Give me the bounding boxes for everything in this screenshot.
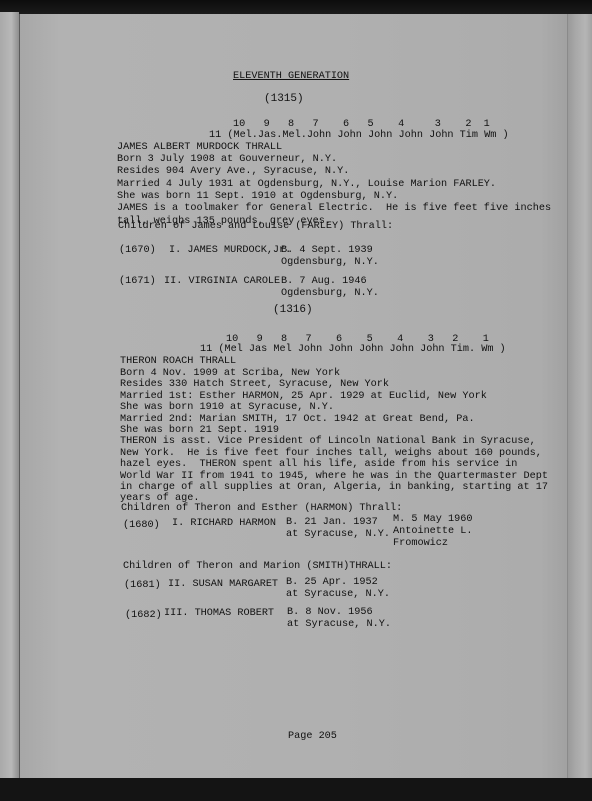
lineage-line: 11 (Mel.Jas.Mel.John John John John John… [209,130,509,142]
child-birth-date: B. 7 Aug. 1946 [281,276,367,288]
child-birth-date: B. 4 Sept. 1939 [281,245,373,257]
detail-line: JAMES is a toolmaker for General Electri… [117,203,551,215]
detail-line: World War II from 1941 to 1945, where he… [120,471,548,483]
person-name: THERON ROACH THRALL [120,356,236,368]
child-spouse-first: Antoinette L. [393,526,472,538]
detail-line: Born 3 July 1908 at Gouverneur, N.Y. [117,154,337,166]
children-heading: Children of James and Louise (FARLEY) Th… [118,221,393,233]
child-spouse-last: Fromowicz [393,538,448,550]
child-id: (1670) [119,245,156,257]
child-birth-place: at Syracuse, N.Y. [287,619,391,631]
child-id: (1671) [119,276,156,288]
child-id: (1681) [124,580,161,592]
child-id: (1682) [125,610,162,622]
child-marriage-date: M. 5 May 1960 [393,514,472,526]
detail-line: Married 4 July 1931 at Ogdensburg, N.Y.,… [117,179,496,191]
person-name: JAMES ALBERT MURDOCK THRALL [117,142,282,154]
children-heading: Children of Theron and Marion (SMITH)THR… [123,561,392,573]
detail-line: She was born 11 Sept. 1910 at Ogdensburg… [117,191,398,203]
detail-line: hazel eyes. THERON spent all his life, a… [120,459,517,471]
detail-line: THERON is asst. Vice President of Lincol… [120,436,536,448]
child-birth-place: Ogdensburg, N.Y. [281,257,379,269]
entry-ref-number: (1316) [273,304,313,316]
child-birth-place: at Syracuse, N.Y. [286,529,390,541]
child-name: II. VIRGINIA CAROLE [164,276,280,288]
page-content: ELEVENTH GENERATION (1315) 10 9 8 7 6 5 … [0,0,592,801]
page-number: Page 205 [288,731,337,743]
detail-line: She was born 1910 at Syracuse, N.Y. [120,402,334,414]
detail-line: New York. He is five feet four inches ta… [120,448,542,460]
child-id: (1680) [123,520,160,532]
child-name: I. JAMES MURDOCK,Jr. [169,245,291,257]
children-heading: Children of Theron and Esther (HARMON) T… [121,503,402,515]
child-name: III. THOMAS ROBERT [164,608,274,620]
child-birth-date: B. 21 Jan. 1937 [286,517,378,529]
child-birth-place: at Syracuse, N.Y. [286,589,390,601]
child-birth-date: B. 8 Nov. 1956 [287,607,373,619]
detail-line: Married 2nd: Marian SMITH, 17 Oct. 1942 … [120,414,475,426]
detail-line: Resides 904 Avery Ave., Syracuse, N.Y. [117,166,349,178]
child-birth-place: Ogdensburg, N.Y. [281,288,379,300]
detail-line: Resides 330 Hatch Street, Syracuse, New … [120,379,389,391]
section-title: ELEVENTH GENERATION [233,71,349,83]
lineage-line: 11 (Mel Jas Mel John John John John John… [200,344,506,356]
child-name: II. SUSAN MARGARET [168,579,278,591]
entry-ref-number: (1315) [264,93,304,105]
detail-line: Married 1st: Esther HARMON, 25 Apr. 1929… [120,391,487,403]
child-birth-date: B. 25 Apr. 1952 [286,577,378,589]
child-name: I. RICHARD HARMON [172,518,276,530]
